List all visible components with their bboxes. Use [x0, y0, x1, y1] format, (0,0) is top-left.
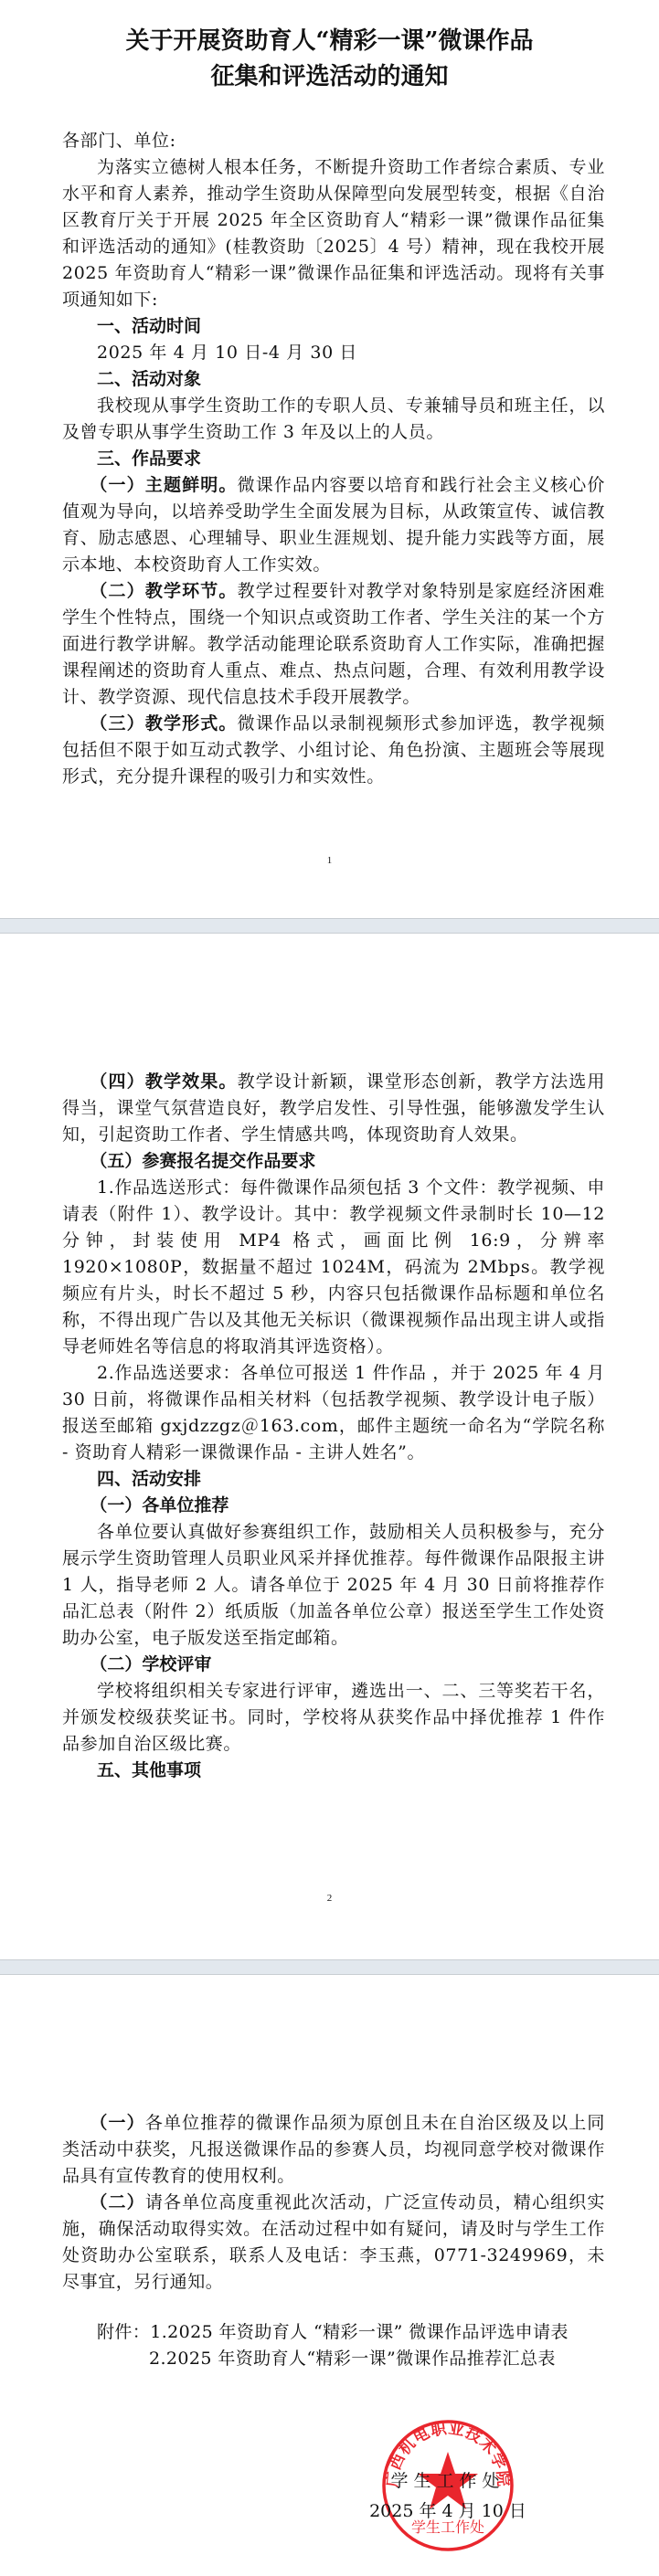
- activity-target: 我校现从事学生资助工作的专职人员、专兼辅导员和班主任，以及曾专职从事学生资助工作…: [62, 393, 605, 446]
- section-heading-requirements: 三、作品要求: [62, 446, 605, 472]
- title-line-2: 征集和评选活动的通知: [0, 59, 659, 95]
- document-title: 关于开展资助育人“精彩一课”微课作品 征集和评选活动的通知: [0, 24, 659, 95]
- intro-paragraph: 为落实立德树人根本任务，不断提升资助工作者综合素质、专业水平和育人素养，推动学生…: [62, 154, 605, 313]
- signature-department: 学生工作处: [366, 2468, 530, 2495]
- page-2-body: （四）教学效果。教学设计新颖，课堂形态创新，教学方法选用得当，课堂气氛营造良好，…: [62, 1069, 605, 1784]
- page-3: （一）各单位推荐的微课作品须为原创且未在自治区级及以上同类活动中获奖，凡报送微课…: [0, 1975, 659, 2576]
- requirement-3-lead: （三）教学形式。: [90, 713, 237, 734]
- attachment-2: 2.2025 年资助育人“精彩一课”微课作品推荐汇总表: [97, 2346, 605, 2372]
- signature-block: 学生工作处 2025 年 4 月 10 日: [366, 2468, 530, 2525]
- section-heading-arrangement: 四、活动安排: [62, 1466, 605, 1493]
- unit-recommendation-text: 各单位要认真做好参赛组织工作，鼓励相关人员积极参与，充分展示学生资助管理人员职业…: [62, 1519, 605, 1652]
- page-1: 关于开展资助育人“精彩一课”微课作品 征集和评选活动的通知 各部门、单位: 为落…: [0, 0, 659, 918]
- other-item-2: （二）请各单位高度重视此次活动，广泛宣传动员，精心组织实施，确保活动取得实效。在…: [62, 2190, 605, 2296]
- attachment-1-text: 1.2025 年资助育人 “精彩一课” 微课作品评选申请表: [150, 2322, 569, 2342]
- page-number-2: 2: [0, 1893, 659, 1904]
- attachments-label: 附件：: [97, 2319, 150, 2346]
- attachments: 附件：1.2025 年资助育人 “精彩一课” 微课作品评选申请表 2.2025 …: [62, 2319, 605, 2372]
- page-separator-2: [0, 1959, 659, 1975]
- page-3-body: （一）各单位推荐的微课作品须为原创且未在自治区级及以上同类活动中获奖，凡报送微课…: [62, 2110, 605, 2372]
- requirement-3: （三）教学形式。微课作品以录制视频形式参加评选，教学视频包括但不限于如互动式教学…: [62, 711, 605, 790]
- school-review-heading: （二）学校评审: [62, 1652, 605, 1678]
- section-heading-other: 五、其他事项: [62, 1758, 605, 1784]
- other-item-2-lead: （二）: [90, 2192, 144, 2212]
- page-separator-1: [0, 918, 659, 934]
- requirement-4: （四）教学效果。教学设计新颖，课堂形态创新，教学方法选用得当，课堂气氛营造良好，…: [62, 1069, 605, 1148]
- attachment-1: 附件：1.2025 年资助育人 “精彩一课” 微课作品评选申请表: [97, 2319, 605, 2346]
- requirement-2: （二）教学环节。教学过程要针对教学对象特别是家庭经济困难学生个性特点，围绕一个知…: [62, 578, 605, 711]
- other-item-1: （一）各单位推荐的微课作品须为原创且未在自治区级及以上同类活动中获奖，凡报送微课…: [62, 2110, 605, 2190]
- page-number-1: 1: [0, 855, 659, 866]
- requirement-1-lead: （一）主题鲜明。: [90, 475, 237, 495]
- submission-heading: （五）参赛报名提交作品要求: [62, 1148, 605, 1175]
- title-line-1: 关于开展资助育人“精彩一课”微课作品: [0, 24, 659, 59]
- page-2: （四）教学效果。教学设计新颖，课堂形态创新，教学方法选用得当，课堂气氛营造良好，…: [0, 934, 659, 1959]
- school-review-text: 学校将组织相关专家进行评审，遴选出一、二、三等奖若干名，并颁发校级获奖证书。同时…: [62, 1678, 605, 1758]
- signature-date: 2025 年 4 月 10 日: [366, 2498, 530, 2525]
- other-item-1-lead: （一）: [90, 2113, 144, 2133]
- section-heading-time: 一、活动时间: [62, 313, 605, 340]
- section-heading-target: 二、活动对象: [62, 366, 605, 393]
- submission-format: 1.作品选送形式：每件微课作品须包括 3 个文件：教学视频、申请表（附件 1）、…: [62, 1175, 605, 1360]
- activity-time: 2025 年 4 月 10 日-4 月 30 日: [62, 340, 605, 366]
- submission-requirement: 2.作品选送要求：各单位可报送 1 件作品 ，并于 2025 年 4 月 30 …: [62, 1360, 605, 1466]
- requirement-2-lead: （二）教学环节。: [90, 581, 237, 601]
- requirement-4-lead: （四）教学效果。: [90, 1072, 237, 1092]
- requirement-1: （一）主题鲜明。微课作品内容要以培育和践行社会主义核心价值观为导向，以培养受助学…: [62, 472, 605, 578]
- page-1-body: 各部门、单位: 为落实立德树人根本任务，不断提升资助工作者综合素质、专业水平和育…: [62, 128, 605, 790]
- attachment-2-text: 2.2025 年资助育人“精彩一课”微课作品推荐汇总表: [149, 2349, 556, 2369]
- salutation: 各部门、单位:: [62, 128, 605, 154]
- unit-recommendation-heading: （一）各单位推荐: [62, 1493, 605, 1519]
